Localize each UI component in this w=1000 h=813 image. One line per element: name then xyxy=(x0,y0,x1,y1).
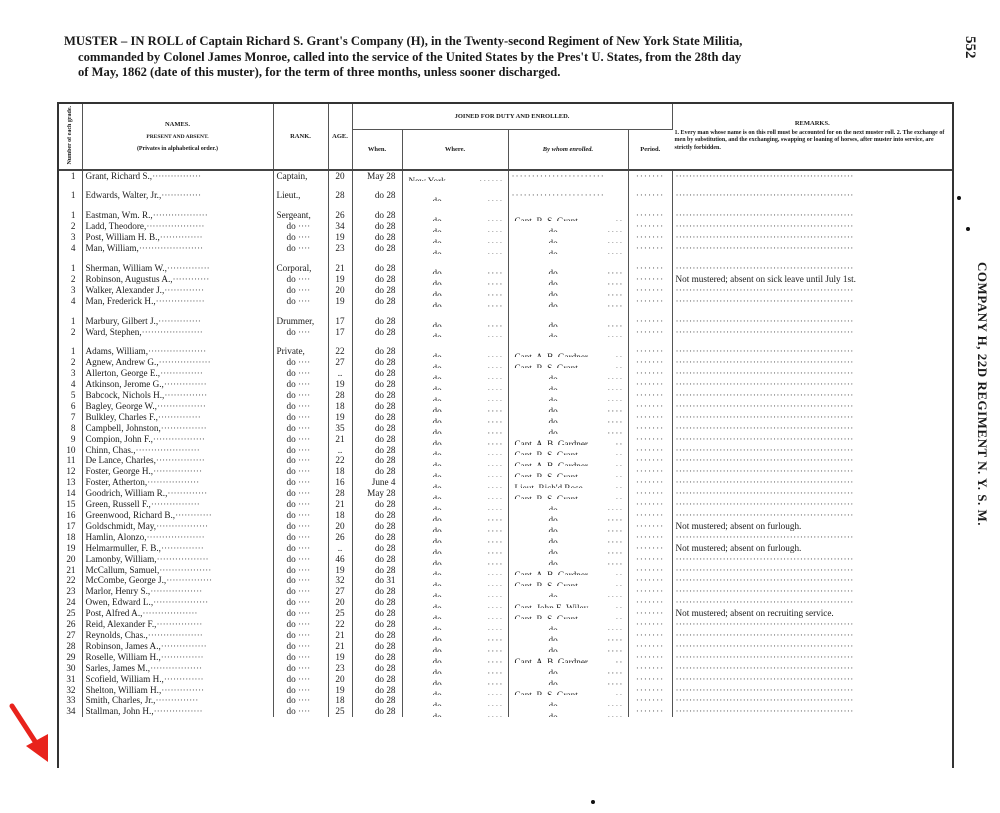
rank-text: do xyxy=(277,296,296,306)
age: 22 xyxy=(328,455,352,466)
period: ······· xyxy=(628,619,672,630)
joined-when: June 4 xyxy=(352,477,402,488)
name-text: Sherman, William W., xyxy=(86,263,167,273)
table-row: 1Edwards, Walter, Jr.,·············Lieut… xyxy=(59,190,952,201)
rank: Private, xyxy=(273,346,328,357)
joined-where: do···· xyxy=(402,379,508,390)
enrolled-by: do···· xyxy=(508,423,628,434)
soldier-name: Stallman, John H.,················ xyxy=(82,706,273,717)
joined-where: do···· xyxy=(402,608,508,619)
name-text: Man, Frederick H., xyxy=(86,296,156,306)
table-row: 2Ward, Stephen,····················do ··… xyxy=(59,327,952,338)
remarks: ········································… xyxy=(672,346,952,357)
soldier-name: Ward, Stephen,···················· xyxy=(82,327,273,338)
joined-when: May 28 xyxy=(352,488,402,499)
soldier-name: Robinson, James A.,··············· xyxy=(82,641,273,652)
period: ······· xyxy=(628,608,672,619)
table-row: 4Man, William,·····················do ··… xyxy=(59,243,952,254)
age: 20 xyxy=(328,170,352,182)
enrolled-by: do···· xyxy=(508,674,628,685)
grade-number: 7 xyxy=(59,412,82,423)
enrolled-by: do···· xyxy=(508,543,628,554)
age: 20 xyxy=(328,597,352,608)
grade-number: 4 xyxy=(59,379,82,390)
period: ······· xyxy=(628,597,672,608)
name-text: Greenwood, Richard B., xyxy=(86,510,176,520)
table-row: 34Stallman, John H.,················do ·… xyxy=(59,706,952,717)
grade-number: 18 xyxy=(59,532,82,543)
rank-text: do xyxy=(277,401,296,411)
enrolled-by: do···· xyxy=(508,586,628,597)
name-text: Compion, John F., xyxy=(86,434,153,444)
soldier-name: Allerton, George E.,·············· xyxy=(82,368,273,379)
soldier-name: Goodrich, William R.,············· xyxy=(82,488,273,499)
enrolled-by: Capt. John E. Wiley,·· xyxy=(508,597,628,608)
joined-when: do 28 xyxy=(352,466,402,477)
remarks: ········································… xyxy=(672,232,952,243)
rank: do ···· xyxy=(273,543,328,554)
rank: do ···· xyxy=(273,499,328,510)
table-row: 14Goodrich, William R.,·············do ·… xyxy=(59,488,952,499)
joined-when: do 28 xyxy=(352,368,402,379)
period: ······· xyxy=(628,263,672,274)
enrolled-by: do···· xyxy=(508,663,628,674)
rank: do ···· xyxy=(273,412,328,423)
header-when: When. xyxy=(352,129,402,169)
period: ······· xyxy=(628,285,672,296)
table-row: 2Agnew, Andrew G.,·················do ··… xyxy=(59,357,952,368)
joined-when: do 28 xyxy=(352,285,402,296)
rank: do ···· xyxy=(273,586,328,597)
joined-when: do 28 xyxy=(352,390,402,401)
period: ······· xyxy=(628,521,672,532)
remarks: Not mustered; absent on recruiting servi… xyxy=(672,608,952,619)
period: ······· xyxy=(628,170,672,182)
grade-number: 15 xyxy=(59,499,82,510)
soldier-name: Grant, Richard S.,················ xyxy=(82,170,273,182)
joined-where: New York,······ xyxy=(402,170,508,182)
grade-separator xyxy=(59,201,952,210)
joined-when: do 28 xyxy=(352,346,402,357)
age: 20 xyxy=(328,521,352,532)
grade-number: 12 xyxy=(59,466,82,477)
age: .. xyxy=(328,368,352,379)
age: 21 xyxy=(328,499,352,510)
name-text: Bulkley, Charles F., xyxy=(86,412,158,422)
remarks: ········································… xyxy=(672,586,952,597)
soldier-name: Bagley, George W.,················ xyxy=(82,401,273,412)
rank-text: do xyxy=(277,652,296,662)
joined-when: do 28 xyxy=(352,554,402,565)
rank-text: Captain, xyxy=(277,171,308,181)
soldier-name: Goldschmidt, May,················· xyxy=(82,521,273,532)
roll-body: 1Grant, Richard S.,················Capta… xyxy=(59,170,952,718)
age: 19 xyxy=(328,412,352,423)
table-row: 5Babcock, Nichols H.,··············do ··… xyxy=(59,390,952,401)
period: ······· xyxy=(628,190,672,201)
rank-text: do xyxy=(277,554,296,564)
remarks: ········································… xyxy=(672,401,952,412)
table-row: 12Foster, George H.,················do ·… xyxy=(59,466,952,477)
table-row: 33Smith, Charles, Jr.,··············do ·… xyxy=(59,695,952,706)
joined-when: do 28 xyxy=(352,532,402,543)
joined-where: do···· xyxy=(402,521,508,532)
rank: Corporal, xyxy=(273,263,328,274)
joined-when: do 28 xyxy=(352,455,402,466)
name-text: Smith, Charles, Jr., xyxy=(86,695,156,705)
rank: do ···· xyxy=(273,488,328,499)
grade-number: 2 xyxy=(59,357,82,368)
grade-number: 3 xyxy=(59,285,82,296)
period: ······· xyxy=(628,327,672,338)
grade-number: 13 xyxy=(59,477,82,488)
soldier-name: Bulkley, Charles F.,·············· xyxy=(82,412,273,423)
rank-text: Drummer, xyxy=(277,316,315,326)
grade-number: 4 xyxy=(59,243,82,254)
age: 17 xyxy=(328,327,352,338)
rank: do ···· xyxy=(273,554,328,565)
period: ······· xyxy=(628,466,672,477)
rank-text: Lieut., xyxy=(277,190,301,200)
soldier-name: Foster, Atherton,················· xyxy=(82,477,273,488)
name-text: Roselle, William H., xyxy=(86,652,161,662)
age: 23 xyxy=(328,663,352,674)
enrolled-by: ······················· xyxy=(508,170,628,182)
name-text: Foster, George H., xyxy=(86,466,154,476)
enrolled-by: do···· xyxy=(508,510,628,521)
grade-number: 1 xyxy=(59,190,82,201)
remarks: ········································… xyxy=(672,695,952,706)
name-text: Chinn, Chas., xyxy=(86,445,136,455)
period: ······· xyxy=(628,357,672,368)
period: ······· xyxy=(628,477,672,488)
table-row: 23Marlor, Henry S.,·················do ·… xyxy=(59,586,952,597)
period: ······· xyxy=(628,706,672,717)
joined-where: do···· xyxy=(402,586,508,597)
joined-when: do 28 xyxy=(352,663,402,674)
joined-where: do···· xyxy=(402,455,508,466)
enrolled-by: do···· xyxy=(508,368,628,379)
header-joined: JOINED FOR DUTY AND ENROLLED. xyxy=(352,104,672,129)
grade-number: 27 xyxy=(59,630,82,641)
rank: do ···· xyxy=(273,674,328,685)
remarks: ········································… xyxy=(672,285,952,296)
enrolled-by: Capt. A. B. Gardner,·· xyxy=(508,652,628,663)
header-rank: RANK. xyxy=(273,104,328,170)
remarks: ········································… xyxy=(672,674,952,685)
joined-when: do 28 xyxy=(352,274,402,285)
soldier-name: Marlor, Henry S.,················· xyxy=(82,586,273,597)
remarks: ········································… xyxy=(672,532,952,543)
joined-where: do···· xyxy=(402,327,508,338)
table-row: 9Compion, John F.,·················do ··… xyxy=(59,434,952,445)
enrolled-by: do···· xyxy=(508,412,628,423)
age: 22 xyxy=(328,346,352,357)
remarks: ········································… xyxy=(672,243,952,254)
rank: do ···· xyxy=(273,274,328,285)
remarks: ········································… xyxy=(672,488,952,499)
joined-where: do···· xyxy=(402,510,508,521)
header-period: Period. xyxy=(628,129,672,169)
period: ······· xyxy=(628,586,672,597)
period: ······· xyxy=(628,488,672,499)
enrolled-by: Capt. R. S. Grant,·· xyxy=(508,685,628,696)
name-text: Campbell, Johnston, xyxy=(86,423,161,433)
grade-number: 16 xyxy=(59,510,82,521)
rank-text: do xyxy=(277,510,296,520)
joined-where: do···· xyxy=(402,285,508,296)
rank-text: do xyxy=(277,390,296,400)
joined-when: do 28 xyxy=(352,357,402,368)
grade-number: 31 xyxy=(59,674,82,685)
rank: Lieut., xyxy=(273,190,328,201)
joined-where: do···· xyxy=(402,210,508,221)
soldier-name: Reid, Alexander F.,··············· xyxy=(82,619,273,630)
soldier-name: Man, Frederick H.,················ xyxy=(82,296,273,307)
title-line-1: MUSTER – IN ROLL of Captain Richard S. G… xyxy=(64,34,944,50)
joined-where: do···· xyxy=(402,674,508,685)
age: 16 xyxy=(328,477,352,488)
joined-where: do···· xyxy=(402,466,508,477)
table-row: 3Post, William H. B.,··············do ··… xyxy=(59,232,952,243)
rank: Sergeant, xyxy=(273,210,328,221)
joined-when: do 28 xyxy=(352,412,402,423)
rank-text: do xyxy=(277,586,296,596)
soldier-name: Babcock, Nichols H.,·············· xyxy=(82,390,273,401)
soldier-name: Walker, Alexander J.,············· xyxy=(82,285,273,296)
name-text: McCallum, Samuel, xyxy=(86,565,160,575)
age: 28 xyxy=(328,390,352,401)
remarks: Not mustered; absent on furlough. xyxy=(672,543,952,554)
soldier-name: Greenwood, Richard B.,············ xyxy=(82,510,273,521)
header-number: Number of each grade. xyxy=(59,104,82,170)
grade-number: 24 xyxy=(59,597,82,608)
soldier-name: Adams, William,··················· xyxy=(82,346,273,357)
joined-when: do 28 xyxy=(352,445,402,456)
period: ······· xyxy=(628,630,672,641)
soldier-name: Robinson, Augustus A.,············ xyxy=(82,274,273,285)
enrolled-by: do···· xyxy=(508,296,628,307)
table-row: 28Robinson, James A.,···············do ·… xyxy=(59,641,952,652)
period: ······· xyxy=(628,316,672,327)
joined-where: do···· xyxy=(402,316,508,327)
name-text: McCombe, George J., xyxy=(86,575,167,585)
rank: do ···· xyxy=(273,466,328,477)
period: ······· xyxy=(628,274,672,285)
period: ······· xyxy=(628,652,672,663)
grade-number: 32 xyxy=(59,685,82,696)
remarks: ········································… xyxy=(672,455,952,466)
remarks: ········································… xyxy=(672,685,952,696)
soldier-name: Post, Alfred A.,·················· xyxy=(82,608,273,619)
grade-number: 26 xyxy=(59,619,82,630)
rank: do ···· xyxy=(273,423,328,434)
grade-number: 2 xyxy=(59,221,82,232)
grade-number: 8 xyxy=(59,423,82,434)
joined-where: do···· xyxy=(402,488,508,499)
enrolled-by: do···· xyxy=(508,401,628,412)
joined-where: do···· xyxy=(402,554,508,565)
grade-number: 6 xyxy=(59,401,82,412)
table-row: 7Bulkley, Charles F.,··············do ··… xyxy=(59,412,952,423)
age: 19 xyxy=(328,379,352,390)
enrolled-by: Capt. R. S. Grant,·· xyxy=(508,210,628,221)
enrolled-by: do···· xyxy=(508,706,628,717)
joined-when: do 28 xyxy=(352,521,402,532)
joined-when: do 28 xyxy=(352,510,402,521)
period: ······· xyxy=(628,663,672,674)
enrolled-by: Capt. A. B. Gardner,·· xyxy=(508,434,628,445)
rank-text: do xyxy=(277,695,296,705)
table-row: 13Foster, Atherton,·················do ·… xyxy=(59,477,952,488)
grade-number: 21 xyxy=(59,565,82,576)
joined-where: do···· xyxy=(402,630,508,641)
soldier-name: McCallum, Samuel,················· xyxy=(82,565,273,576)
table-row: 22McCombe, George J.,···············do ·… xyxy=(59,575,952,586)
remarks: ········································… xyxy=(672,379,952,390)
rank-text: do xyxy=(277,285,296,295)
age: 18 xyxy=(328,401,352,412)
period: ······· xyxy=(628,575,672,586)
table-row: 4Atkinson, Jerome G.,··············do ··… xyxy=(59,379,952,390)
remarks: ········································… xyxy=(672,663,952,674)
rank: do ···· xyxy=(273,357,328,368)
joined-where: do···· xyxy=(402,543,508,554)
rank-text: Private, xyxy=(277,346,305,356)
rank-text: do xyxy=(277,466,296,476)
remarks: ········································… xyxy=(672,221,952,232)
rank-text: do xyxy=(277,630,296,640)
rank: do ···· xyxy=(273,401,328,412)
name-text: Eastman, Wm. R., xyxy=(86,210,153,220)
joined-where: do···· xyxy=(402,499,508,510)
grade-number: 28 xyxy=(59,641,82,652)
rank: do ···· xyxy=(273,510,328,521)
age: 21 xyxy=(328,641,352,652)
grade-number: 1 xyxy=(59,210,82,221)
joined-where: do···· xyxy=(402,597,508,608)
table-row: 8Campbell, Johnston,···············do ··… xyxy=(59,423,952,434)
rank: do ···· xyxy=(273,368,328,379)
remarks: Not mustered; absent on sick leave until… xyxy=(672,274,952,285)
remarks: ········································… xyxy=(672,565,952,576)
soldier-name: Hamlin, Alonzo,··················· xyxy=(82,532,273,543)
rank-text: do xyxy=(277,243,296,253)
name-text: Walker, Alexander J., xyxy=(86,285,165,295)
joined-where: do···· xyxy=(402,346,508,357)
grade-number: 2 xyxy=(59,274,82,285)
period: ······· xyxy=(628,296,672,307)
soldier-name: Agnew, Andrew G.,················· xyxy=(82,357,273,368)
joined-where: do···· xyxy=(402,412,508,423)
name-text: Atkinson, Jerome G., xyxy=(86,379,164,389)
joined-where: do···· xyxy=(402,445,508,456)
rank-text: do xyxy=(277,663,296,673)
joined-where: do···· xyxy=(402,221,508,232)
soldier-name: Post, William H. B.,·············· xyxy=(82,232,273,243)
joined-when: do 28 xyxy=(352,296,402,307)
rank-text: do xyxy=(277,357,296,367)
grade-separator xyxy=(59,307,952,316)
joined-where: do···· xyxy=(402,274,508,285)
enrolled-by: do···· xyxy=(508,521,628,532)
joined-where: do···· xyxy=(402,532,508,543)
enrolled-by: Capt. R. S. Grant,·· xyxy=(508,445,628,456)
period: ······· xyxy=(628,390,672,401)
stray-mark xyxy=(966,227,970,231)
joined-where: do···· xyxy=(402,357,508,368)
period: ······· xyxy=(628,379,672,390)
period: ······· xyxy=(628,554,672,565)
rank-text: do xyxy=(277,274,296,284)
age: 21 xyxy=(328,263,352,274)
period: ······· xyxy=(628,695,672,706)
name-text: Agnew, Andrew G., xyxy=(86,357,159,367)
name-text: Stallman, John H., xyxy=(86,706,154,716)
age: 26 xyxy=(328,210,352,221)
remarks: ········································… xyxy=(672,316,952,327)
rank-text: do xyxy=(277,565,296,575)
muster-roll-table: Number of each grade. NAMES. PRESENT AND… xyxy=(57,102,954,768)
title-line-2: commanded by Colonel James Monroe, calle… xyxy=(64,50,944,66)
enrolled-by: Capt. R. S. Grant,·· xyxy=(508,488,628,499)
stray-mark xyxy=(957,196,961,200)
period: ······· xyxy=(628,455,672,466)
remarks: ········································… xyxy=(672,263,952,274)
soldier-name: Foster, George H.,················ xyxy=(82,466,273,477)
rank-text: do xyxy=(277,221,296,231)
remarks: ········································… xyxy=(672,466,952,477)
table-row: 18Hamlin, Alonzo,···················do ·… xyxy=(59,532,952,543)
enrolled-by: do···· xyxy=(508,379,628,390)
enrolled-by: do···· xyxy=(508,221,628,232)
remarks: ········································… xyxy=(672,477,952,488)
joined-when: do 28 xyxy=(352,619,402,630)
table-row: 2Ladd, Theodore,···················do ··… xyxy=(59,221,952,232)
remarks: ········································… xyxy=(672,706,952,717)
age: 25 xyxy=(328,608,352,619)
rank: do ···· xyxy=(273,521,328,532)
roll-title: MUSTER – IN ROLL of Captain Richard S. G… xyxy=(64,34,944,81)
rank: do ···· xyxy=(273,565,328,576)
rank: do ···· xyxy=(273,477,328,488)
name-text: Bagley, George W., xyxy=(86,401,157,411)
grade-number: 3 xyxy=(59,368,82,379)
table-row: 17Goldschmidt, May,·················do ·… xyxy=(59,521,952,532)
rank-text: do xyxy=(277,379,296,389)
soldier-name: Eastman, Wm. R.,·················· xyxy=(82,210,273,221)
name-text: Reynolds, Chas., xyxy=(86,630,148,640)
age: 18 xyxy=(328,466,352,477)
name-text: Robinson, Augustus A., xyxy=(86,274,173,284)
soldier-name: Lamonby, William,················· xyxy=(82,554,273,565)
remarks: ········································… xyxy=(672,190,952,201)
rank-text: do xyxy=(277,368,296,378)
joined-where: do···· xyxy=(402,190,508,201)
name-text: Marlor, Henry S., xyxy=(86,586,151,596)
header-by-whom: By whom enrolled. xyxy=(508,129,628,169)
rank-text: do xyxy=(277,412,296,422)
joined-where: do···· xyxy=(402,368,508,379)
enrolled-by: do···· xyxy=(508,532,628,543)
period: ······· xyxy=(628,210,672,221)
enrolled-by: Capt. A. B. Gardner,·· xyxy=(508,346,628,357)
grade-number: 1 xyxy=(59,263,82,274)
table-row: 30Sarles, James M.,·················do ·… xyxy=(59,663,952,674)
rank-text: do xyxy=(277,521,296,531)
rank: do ···· xyxy=(273,285,328,296)
name-text: Marbury, Gilbert J., xyxy=(86,316,159,326)
